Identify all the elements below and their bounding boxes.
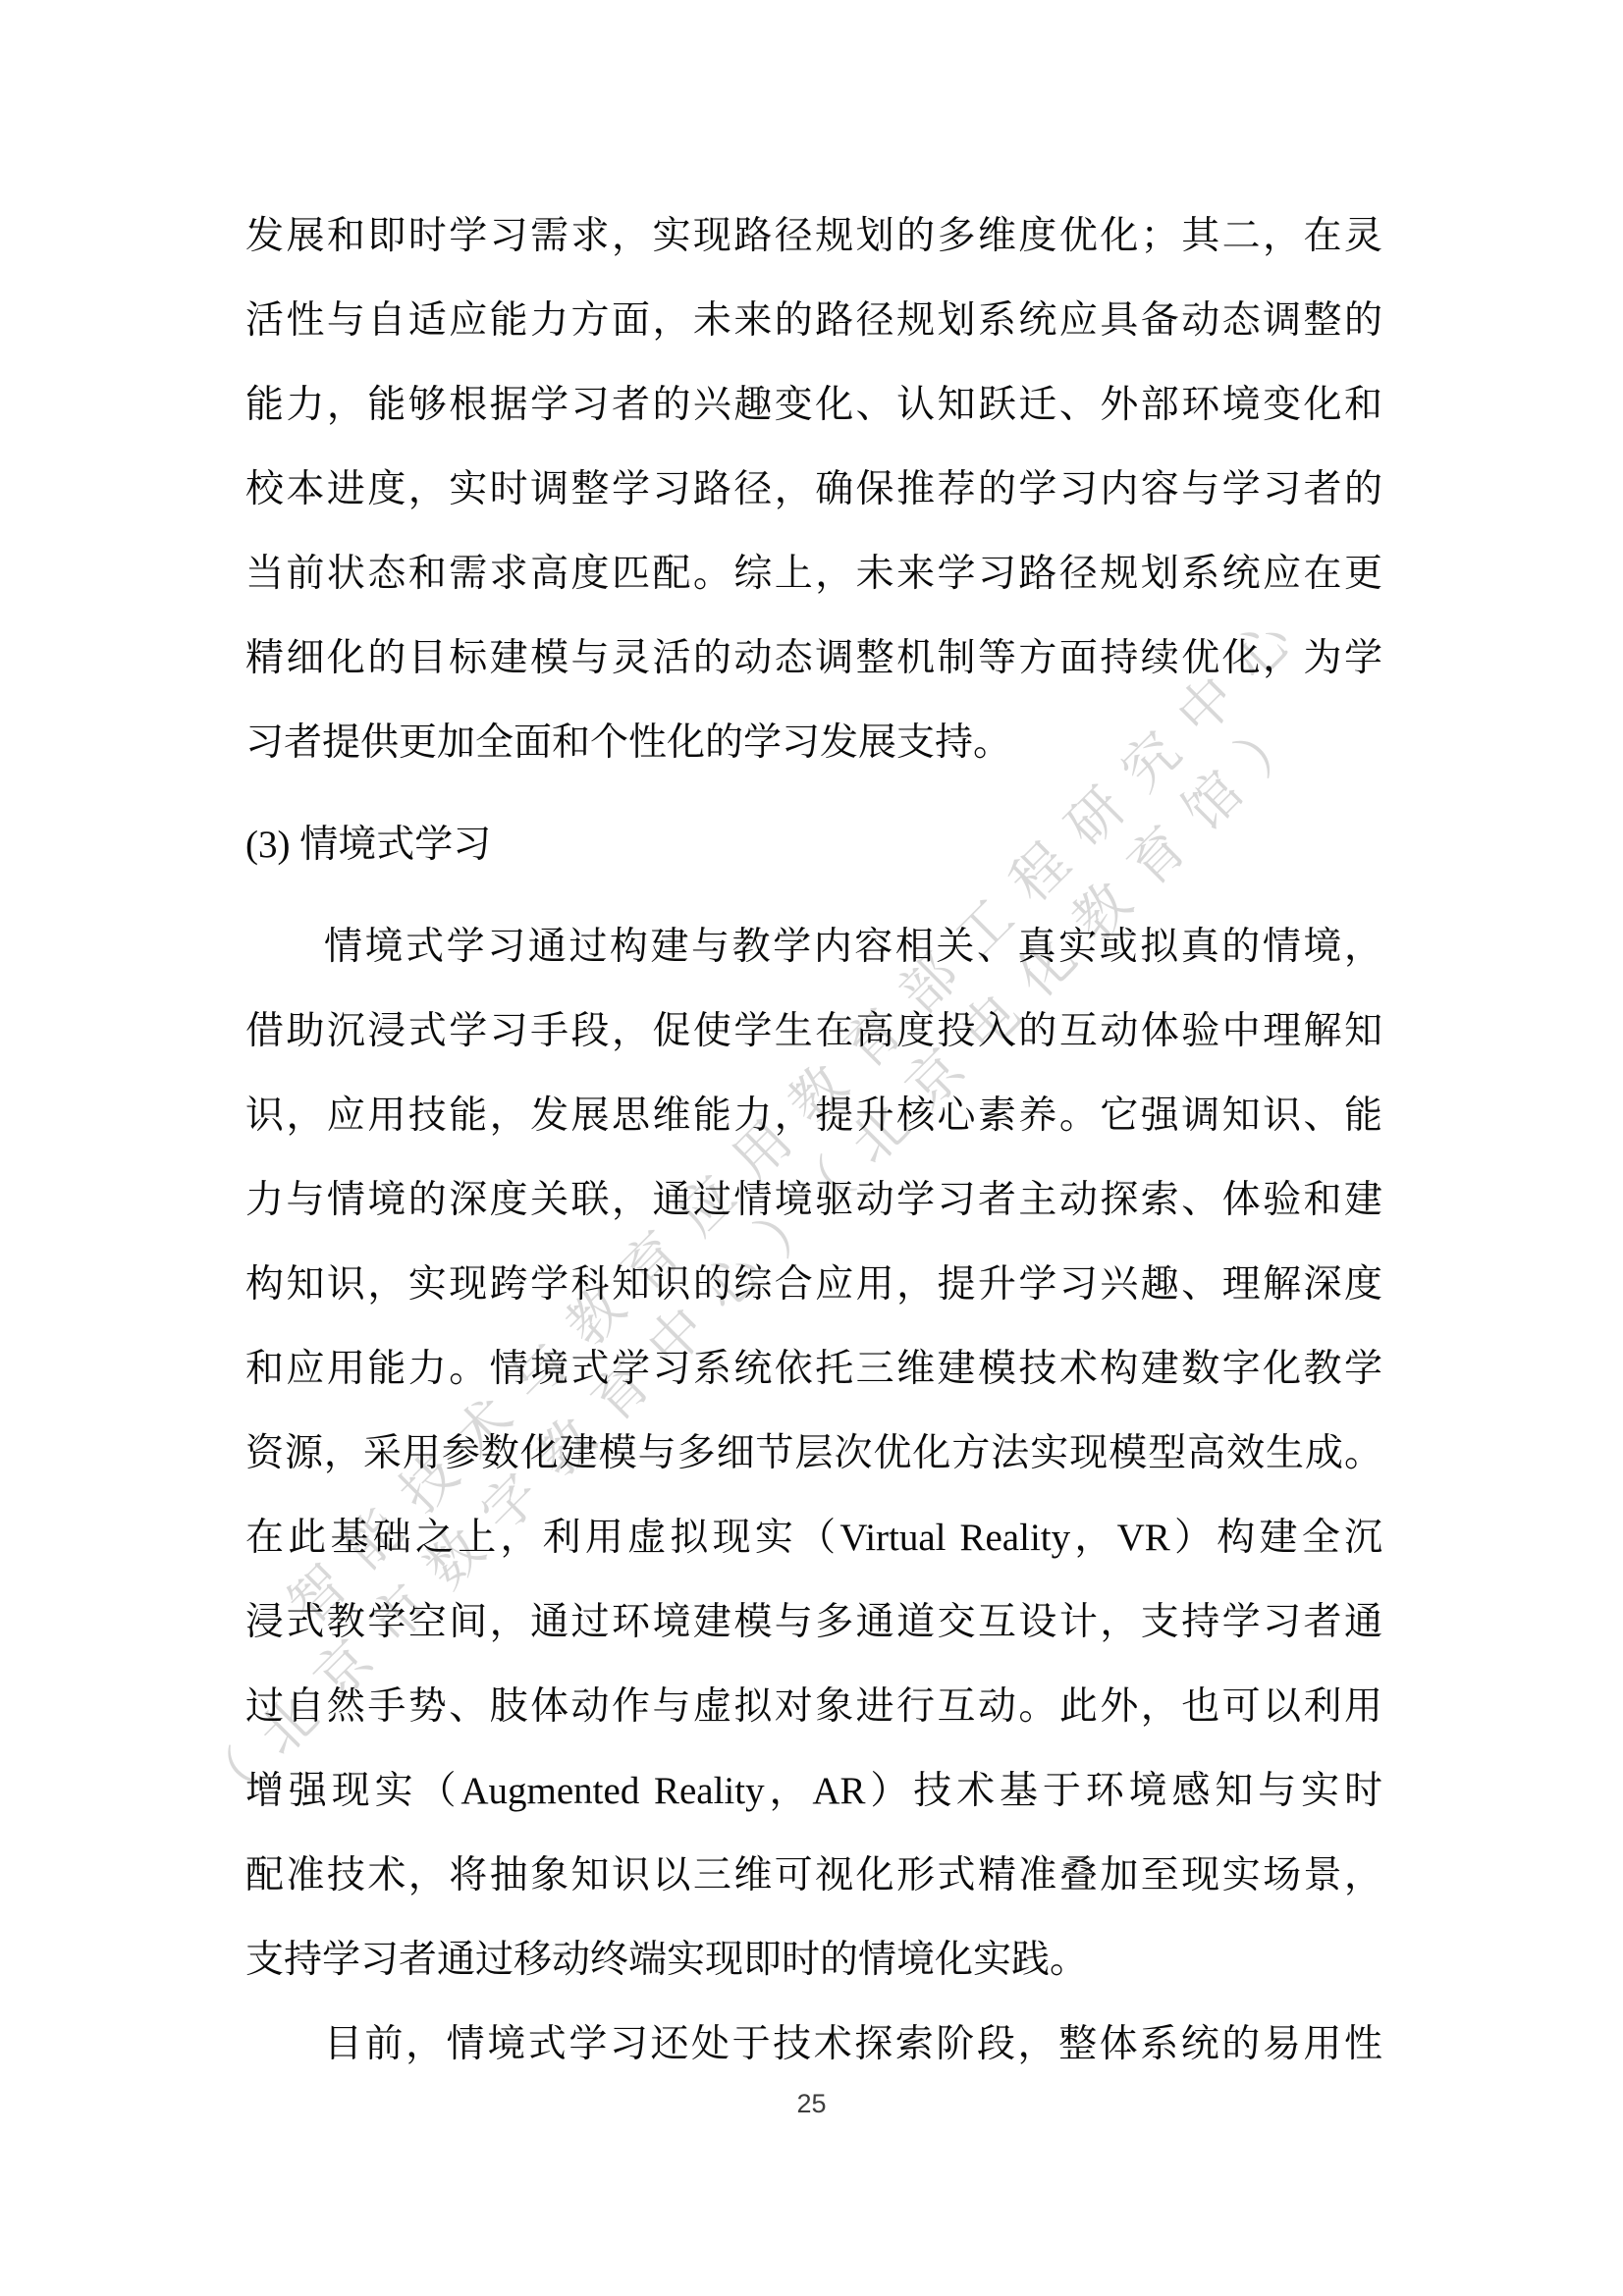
body-line: 校本进度，实时调整学习路径，确保推荐的学习内容与学习者的 [245, 448, 1382, 532]
body-line: 精细化的目标建模与灵活的动态调整机制等方面持续优化，为学 [245, 616, 1382, 701]
body-line: 识，应用技能，发展思维能力，提升核心素养。它强调知识、能 [245, 1074, 1382, 1158]
paragraph-3: 目前，情境式学习还处于技术探索阶段，整体系统的易用性 [245, 2002, 1382, 2087]
body-line: 发展和即时学习需求，实现路径规划的多维度优化；其二，在灵 [245, 194, 1382, 279]
body-line: 支持学习者通过移动终端实现即时的情境化实践。 [245, 1918, 1382, 2002]
body-line: 习者提供更加全面和个性化的学习发展支持。 [245, 701, 1382, 785]
body-line: 当前状态和需求高度匹配。综上，未来学习路径规划系统应在更 [245, 532, 1382, 616]
body-line: 在此基础之上，利用虚拟现实（Virtual Reality，VR）构建全沉 [245, 1496, 1382, 1580]
body-line: 增强现实（Augmented Reality，AR）技术基于环境感知与实时 [245, 1749, 1382, 1834]
body-line: 力与情境的深度关联，通过情境驱动学习者主动探索、体验和建 [245, 1158, 1382, 1243]
body-line: 目前，情境式学习还处于技术探索阶段，整体系统的易用性 [245, 2002, 1382, 2087]
page-number: 25 [0, 2089, 1623, 2119]
section-heading: (3) 情境式学习 [245, 803, 1382, 887]
body-line: 配准技术，将抽象知识以三维可视化形式精准叠加至现实场景， [245, 1834, 1382, 1918]
body-line: 构知识，实现跨学科知识的综合应用，提升学习兴趣、理解深度 [245, 1243, 1382, 1327]
body-line: 浸式教学空间，通过环境建模与多通道交互设计，支持学习者通 [245, 1580, 1382, 1665]
paragraph-2: 情境式学习通过构建与教学内容相关、真实或拟真的情境， 借助沉浸式学习手段，促使学… [245, 905, 1382, 2002]
document-page: 智能技术与教育应用教育部工程研究中心 （北京市数字教育中心）（北京电化教育馆） … [0, 0, 1623, 2296]
paragraph-1: 发展和即时学习需求，实现路径规划的多维度优化；其二，在灵 活性与自适应能力方面，… [245, 194, 1382, 785]
body-line: 情境式学习通过构建与教学内容相关、真实或拟真的情境， [245, 905, 1382, 989]
body-line: 过自然手势、肢体动作与虚拟对象进行互动。此外，也可以利用 [245, 1665, 1382, 1749]
body-line: 和应用能力。情境式学习系统依托三维建模技术构建数字化教学 [245, 1327, 1382, 1412]
body-line: 能力，能够根据学习者的兴趣变化、认知跃迁、外部环境变化和 [245, 363, 1382, 448]
body-line: 资源，采用参数化建模与多细节层次优化方法实现模型高效生成。 [245, 1412, 1382, 1496]
page-body: 发展和即时学习需求，实现路径规划的多维度优化；其二，在灵 活性与自适应能力方面，… [245, 194, 1382, 2087]
body-line: 活性与自适应能力方面，未来的路径规划系统应具备动态调整的 [245, 279, 1382, 363]
body-line: 借助沉浸式学习手段，促使学生在高度投入的互动体验中理解知 [245, 989, 1382, 1074]
